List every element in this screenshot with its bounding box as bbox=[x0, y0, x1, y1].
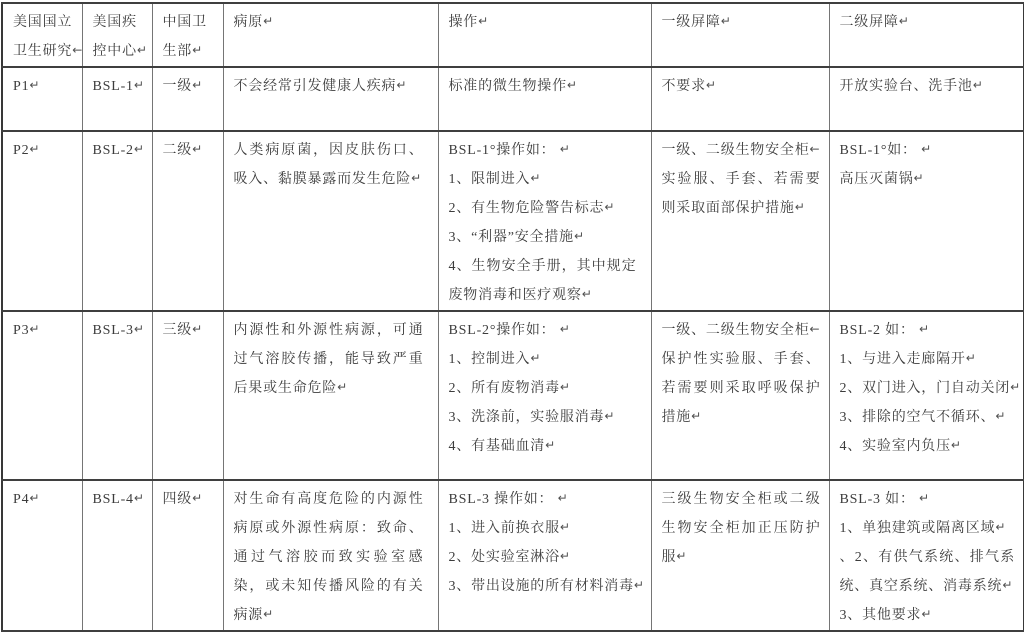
col-header-cdc: 美国疾控中心↵ bbox=[82, 3, 152, 67]
col-header-nih: 美国国立卫生研究← bbox=[2, 3, 82, 67]
paragraph: 不要求↵ bbox=[662, 72, 821, 101]
paragraph: BSL-2↵ bbox=[93, 136, 144, 165]
paragraph: 1、限制进入↵ bbox=[449, 165, 637, 194]
paragraph: BSL-1°如： ↵ bbox=[840, 136, 1016, 165]
paragraph: P1↵ bbox=[13, 72, 74, 101]
cell-p4-cdc: BSL-4↵ bbox=[82, 480, 152, 631]
paragraph: 2、双门进入，门自动关闭↵ bbox=[840, 374, 1016, 403]
cell-p1-secondary-barrier: 开放实验台、洗手池↵ bbox=[829, 67, 1024, 131]
paragraph: 二级↵ bbox=[163, 136, 215, 165]
paragraph: 4、实验室内负压↵ bbox=[840, 432, 1016, 461]
paragraph: BSL-3 如： ↵ bbox=[840, 485, 1016, 514]
paragraph: 3、“利器”安全措施↵ bbox=[449, 223, 637, 252]
paragraph: 一级、二级生物安全柜← bbox=[662, 316, 821, 345]
col-header-moh: 中国卫生部↵ bbox=[152, 3, 223, 67]
paragraph: 人类病原菌，因皮肤伤口、吸入、黏膜暴露而发生危险↵ bbox=[234, 136, 424, 194]
paragraph: 2、所有废物消毒↵ bbox=[449, 374, 637, 403]
cell-p1-pathogen: 不会经常引发健康人疾病↵ bbox=[223, 67, 438, 131]
table-body: P1↵BSL-1↵一级↵不会经常引发健康人疾病↵标准的微生物操作↵不要求↵开放实… bbox=[2, 67, 1024, 631]
cell-p2-cdc: BSL-2↵ bbox=[82, 131, 152, 311]
paragraph: BSL-4↵ bbox=[93, 485, 144, 514]
col-header-operations: 操作↵ bbox=[438, 3, 651, 67]
paragraph: 1、与进入走廊隔开↵ bbox=[840, 345, 1016, 374]
paragraph: 3、排除的空气不循环、↵ bbox=[840, 403, 1016, 432]
cell-p3-moh: 三级↵ bbox=[152, 311, 223, 480]
cell-p1-nih: P1↵ bbox=[2, 67, 82, 131]
table-row-p1: P1↵BSL-1↵一级↵不会经常引发健康人疾病↵标准的微生物操作↵不要求↵开放实… bbox=[2, 67, 1024, 131]
paragraph: 标准的微生物操作↵ bbox=[449, 72, 637, 101]
cell-p2-primary-barrier: 一级、二级生物安全柜←实验服、手套、若需要则采取面部保护措施↵ bbox=[651, 131, 829, 311]
paragraph: 实验服、手套、若需要则采取面部保护措施↵ bbox=[662, 165, 821, 223]
cell-p3-pathogen: 内源性和外源性病源，可通过气溶胶传播，能导致严重后果或生命危险↵ bbox=[223, 311, 438, 480]
cell-p1-operations: 标准的微生物操作↵ bbox=[438, 67, 651, 131]
paragraph: BSL-1°操作如： ↵ bbox=[449, 136, 637, 165]
cell-p3-secondary-barrier: BSL-2 如： ↵1、与进入走廊隔开↵2、双门进入，门自动关闭↵3、排除的空气… bbox=[829, 311, 1024, 480]
paragraph: 不会经常引发健康人疾病↵ bbox=[234, 72, 424, 101]
table-row-p4: P4↵BSL-4↵四级↵对生命有高度危险的内源性病原或外源性病原：致命、通过气溶… bbox=[2, 480, 1024, 631]
cell-p3-operations: BSL-2°操作如： ↵1、控制进入↵2、所有废物消毒↵3、洗涤前，实验服消毒↵… bbox=[438, 311, 651, 480]
paragraph: BSL-1↵ bbox=[93, 72, 144, 101]
paragraph: 、2、有供气系统、排气系统、真空系统、消毒系统↵ bbox=[840, 543, 1016, 601]
col-header-secondary-barrier: 二级屏障↵ bbox=[829, 3, 1024, 67]
paragraph: P3↵ bbox=[13, 316, 74, 345]
col-header-pathogen: 病原↵ bbox=[223, 3, 438, 67]
cell-p1-cdc: BSL-1↵ bbox=[82, 67, 152, 131]
header-row: 美国国立卫生研究← 美国疾控中心↵ 中国卫生部↵ 病原↵ 操作↵ 一级屏障↵ 二… bbox=[2, 3, 1024, 67]
cell-p4-moh: 四级↵ bbox=[152, 480, 223, 631]
paragraph: BSL-2°操作如： ↵ bbox=[449, 316, 637, 345]
paragraph: 高压灭菌锅↵ bbox=[840, 165, 1016, 194]
paragraph: 保护性实验服、手套、若需要则采取呼吸保护措施↵ bbox=[662, 345, 821, 432]
paragraph: 内源性和外源性病源，可通过气溶胶传播，能导致严重后果或生命危险↵ bbox=[234, 316, 424, 403]
paragraph: 开放实验台、洗手池↵ bbox=[840, 72, 1016, 101]
cell-p2-pathogen: 人类病原菌，因皮肤伤口、吸入、黏膜暴露而发生危险↵ bbox=[223, 131, 438, 311]
paragraph: 3、带出设施的所有材料消毒↵ bbox=[449, 572, 637, 601]
cell-p2-operations: BSL-1°操作如： ↵1、限制进入↵2、有生物危险警告标志↵3、“利器”安全措… bbox=[438, 131, 651, 311]
paragraph: 3、洗涤前，实验服消毒↵ bbox=[449, 403, 637, 432]
cell-p3-primary-barrier: 一级、二级生物安全柜←保护性实验服、手套、若需要则采取呼吸保护措施↵ bbox=[651, 311, 829, 480]
cell-p2-nih: P2↵ bbox=[2, 131, 82, 311]
paragraph: 4、有基础血清↵ bbox=[449, 432, 637, 461]
cell-p3-nih: P3↵ bbox=[2, 311, 82, 480]
cell-p4-operations: BSL-3 操作如： ↵1、进入前换衣服↵2、处实验室淋浴↵3、带出设施的所有材… bbox=[438, 480, 651, 631]
paragraph: 4、生物安全手册，其中规定废物消毒和医疗观察↵ bbox=[449, 252, 637, 310]
paragraph: 一级↵ bbox=[163, 72, 215, 101]
paragraph: 3、其他要求↵ bbox=[840, 601, 1016, 630]
cell-p1-moh: 一级↵ bbox=[152, 67, 223, 131]
table-header: 美国国立卫生研究← 美国疾控中心↵ 中国卫生部↵ 病原↵ 操作↵ 一级屏障↵ 二… bbox=[2, 3, 1024, 67]
paragraph: BSL-3 操作如： ↵ bbox=[449, 485, 637, 514]
biosafety-levels-table: 美国国立卫生研究← 美国疾控中心↵ 中国卫生部↵ 病原↵ 操作↵ 一级屏障↵ 二… bbox=[1, 2, 1024, 632]
col-header-primary-barrier: 一级屏障↵ bbox=[651, 3, 829, 67]
table-row-p3: P3↵BSL-3↵三级↵内源性和外源性病源，可通过气溶胶传播，能导致严重后果或生… bbox=[2, 311, 1024, 480]
paragraph: 对生命有高度危险的内源性病原或外源性病原：致命、通过气溶胶而致实验室感染，或未知… bbox=[234, 485, 424, 630]
paragraph: BSL-3↵ bbox=[93, 316, 144, 345]
paragraph: 三级生物安全柜或二级生物安全柜加正压防护服↵ bbox=[662, 485, 821, 572]
cell-p4-primary-barrier: 三级生物安全柜或二级生物安全柜加正压防护服↵ bbox=[651, 480, 829, 631]
cell-p1-primary-barrier: 不要求↵ bbox=[651, 67, 829, 131]
paragraph: 一级、二级生物安全柜← bbox=[662, 136, 821, 165]
document-page: 美国国立卫生研究← 美国疾控中心↵ 中国卫生部↵ 病原↵ 操作↵ 一级屏障↵ 二… bbox=[0, 2, 1024, 632]
paragraph: P2↵ bbox=[13, 136, 74, 165]
paragraph: 1、进入前换衣服↵ bbox=[449, 514, 637, 543]
paragraph: 1、控制进入↵ bbox=[449, 345, 637, 374]
cell-p4-pathogen: 对生命有高度危险的内源性病原或外源性病原：致命、通过气溶胶而致实验室感染，或未知… bbox=[223, 480, 438, 631]
paragraph: P4↵ bbox=[13, 485, 74, 514]
paragraph: 四级↵ bbox=[163, 485, 215, 514]
cell-p3-cdc: BSL-3↵ bbox=[82, 311, 152, 480]
cell-p2-secondary-barrier: BSL-1°如： ↵高压灭菌锅↵ bbox=[829, 131, 1024, 311]
cell-p4-nih: P4↵ bbox=[2, 480, 82, 631]
table-row-p2: P2↵BSL-2↵二级↵人类病原菌，因皮肤伤口、吸入、黏膜暴露而发生危险↵BSL… bbox=[2, 131, 1024, 311]
paragraph: BSL-2 如： ↵ bbox=[840, 316, 1016, 345]
cell-p4-secondary-barrier: BSL-3 如： ↵1、单独建筑或隔离区域↵、2、有供气系统、排气系统、真空系统… bbox=[829, 480, 1024, 631]
paragraph: 2、有生物危险警告标志↵ bbox=[449, 194, 637, 223]
paragraph: 1、单独建筑或隔离区域↵ bbox=[840, 514, 1016, 543]
paragraph: 2、处实验室淋浴↵ bbox=[449, 543, 637, 572]
cell-p2-moh: 二级↵ bbox=[152, 131, 223, 311]
paragraph: 三级↵ bbox=[163, 316, 215, 345]
